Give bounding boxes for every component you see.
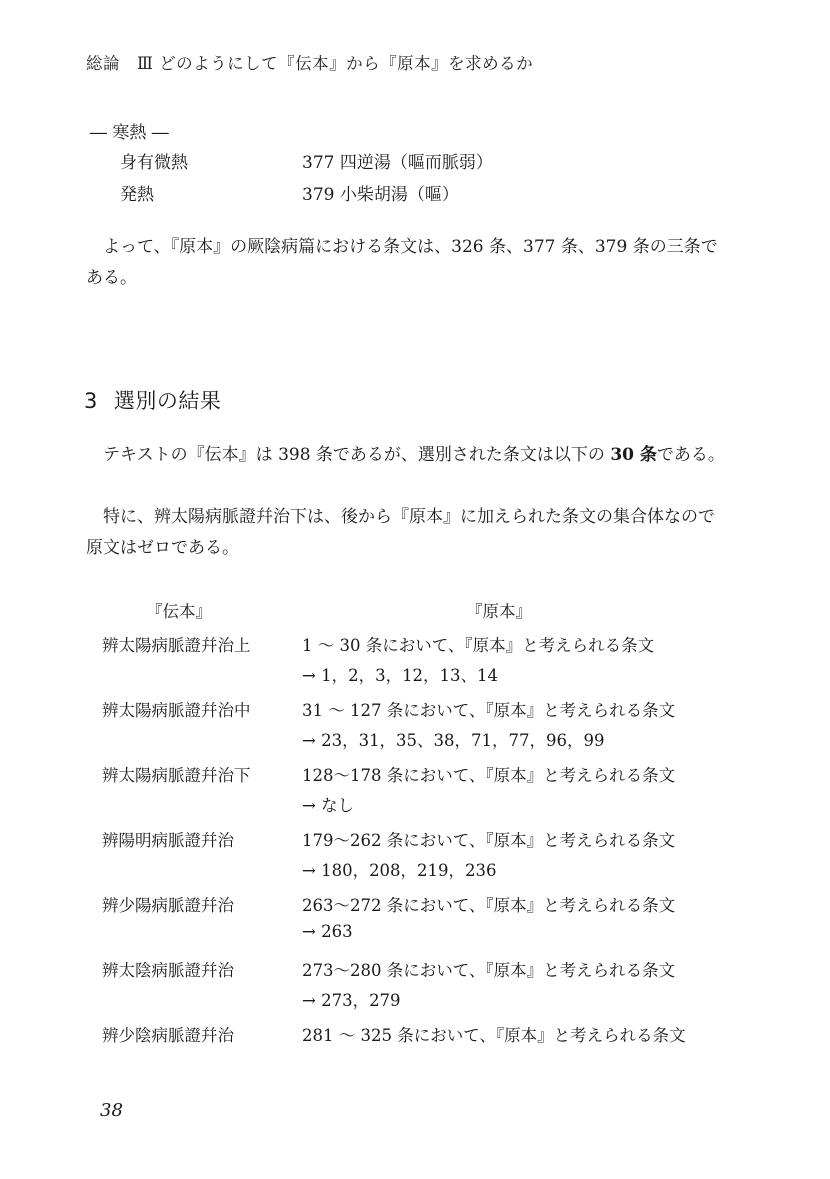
chapter: 辨太陰病脈證幷治 bbox=[102, 957, 234, 981]
intro-paragraph: テキストの『伝本』は 398 条であるが、選別された条文は以下の 30 条である… bbox=[86, 440, 726, 471]
range: 1 ～ 30 条において、『原本』と考えられる条文 bbox=[302, 632, 654, 656]
chapter: 辨少陰病脈證幷治 bbox=[102, 1022, 234, 1046]
selected-count: 30 条 bbox=[610, 445, 657, 465]
result: → 263 bbox=[302, 922, 353, 941]
page-number: 38 bbox=[100, 1100, 123, 1121]
result: → 273，279 bbox=[302, 987, 401, 1011]
table-header-genpon: 『原本』 bbox=[466, 598, 532, 622]
range: 281 ～ 325 条において、『原本』と考えられる条文 bbox=[302, 1022, 686, 1046]
chapter: 辨陽明病脈證幷治 bbox=[102, 827, 234, 851]
range: 31 ～ 127 条において、『原本』と考えられる条文 bbox=[302, 697, 675, 721]
range: 179～262 条において、『原本』と考えられる条文 bbox=[302, 827, 675, 851]
result: → なし bbox=[302, 792, 354, 816]
section-title: 選別の結果 bbox=[114, 389, 222, 413]
formula: 379 小柴胡湯（嘔） bbox=[302, 180, 459, 205]
intro-text: テキストの『伝本』は 398 条であるが、選別された条文は以下の bbox=[103, 445, 610, 465]
section-number: 3 bbox=[84, 389, 98, 413]
range: 263～272 条において、『原本』と考えられる条文 bbox=[302, 892, 675, 916]
chapter: 辨太陽病脈證幷治下 bbox=[102, 762, 251, 786]
range: 128～178 条において、『原本』と考えられる条文 bbox=[302, 762, 675, 786]
table-header-denpon: 『伝本』 bbox=[146, 598, 212, 622]
chapter: 辨太陽病脈證幷治上 bbox=[102, 632, 251, 656]
symptom: 身有微熱 bbox=[120, 148, 188, 173]
note-paragraph: 特に、辨太陽病脈證幷治下は、後から『原本』に加えられた条文の集合体なので原文はゼ… bbox=[86, 502, 726, 564]
conclusion-paragraph: よって、『原本』の厥陰病篇における条文は、326 条、377 条、379 条の三… bbox=[86, 232, 726, 294]
formula: 377 四逆湯（嘔而脈弱） bbox=[302, 148, 493, 173]
chapter: 辨太陽病脈證幷治中 bbox=[102, 697, 251, 721]
result: → 180，208，219，236 bbox=[302, 857, 497, 881]
symptom: 発熱 bbox=[120, 180, 154, 205]
section-heading: 3選別の結果 bbox=[84, 385, 221, 415]
range: 273～280 条において、『原本』と考えられる条文 bbox=[302, 957, 675, 981]
cold-heat-title: ― 寒熱 ― bbox=[90, 118, 169, 143]
chapter: 辨少陽病脈證幷治 bbox=[102, 892, 234, 916]
intro-text-end: である。 bbox=[657, 445, 725, 465]
running-head: 総論 Ⅲ どのようにして『伝本』から『原本』を求めるか bbox=[86, 50, 533, 74]
result: → 1，2，3，12，13、14 bbox=[302, 662, 498, 686]
result: → 23，31，35、38，71，77，96，99 bbox=[302, 727, 605, 751]
